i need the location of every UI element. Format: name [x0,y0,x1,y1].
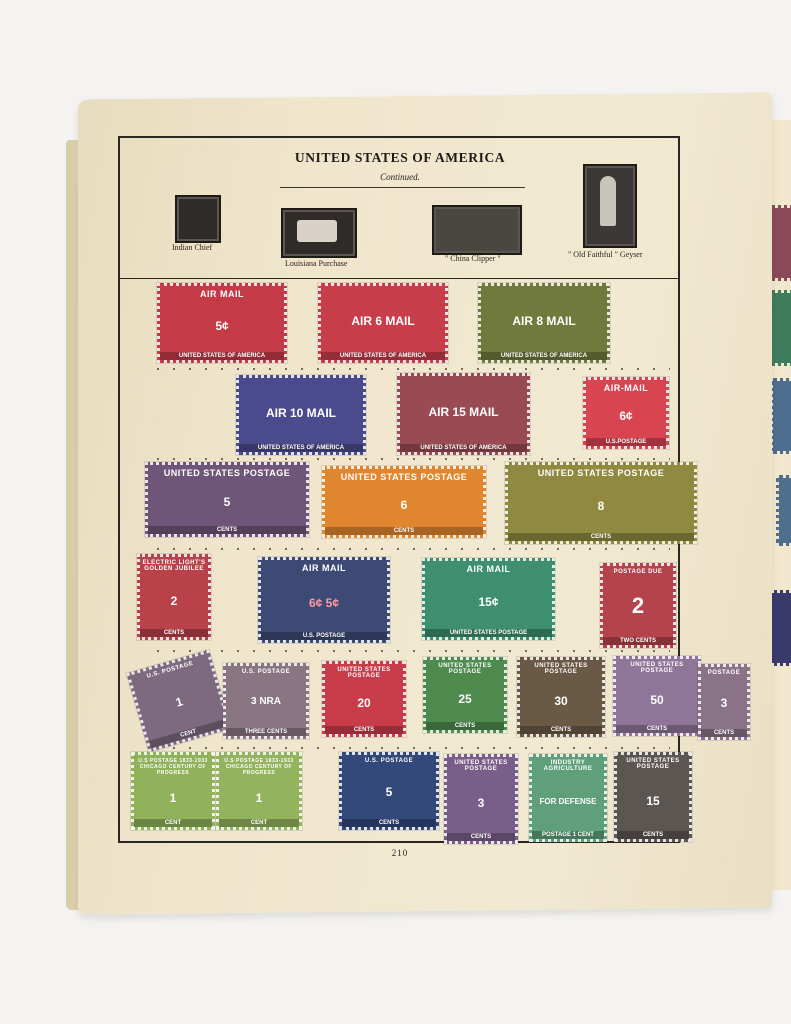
stamp-for-defense-1c: INDUSTRY AGRICULTURE FOR DEFENSE POSTAGE… [529,754,607,842]
stamp-value: 2 [171,594,178,608]
stamp-chicago-1c-left: U.S POSTAGE 1833-1933 CHICAGO CENTURY OF… [131,752,215,830]
stamp-label: AIR MAIL [200,286,244,299]
stamp-value: 30 [554,694,567,708]
stamp-label: POSTAGE DUE [614,566,663,575]
stamp-label: U.S POSTAGE 1833-1933 CHICAGO CENTURY OF… [134,755,212,776]
stamp-country: CENTS [447,833,515,841]
stamp-label: UNITED STATES POSTAGE [426,660,504,675]
stamp-label: U.S POSTAGE 1833-1933 CHICAGO CENTURY OF… [219,755,299,776]
stamp-airmail-6c-dc4: AIR-MAIL 6¢ U.S.POSTAGE [583,377,669,449]
stamp-country: UNITED STATES OF AMERICA [321,352,445,360]
stamp-country: CENTS [140,629,208,637]
stamp-country: CENTS [701,729,747,737]
stamp-value: 20 [357,696,370,710]
stamp-value: AIR 8 MAIL [512,314,575,328]
stamp-label: UNITED STATES POSTAGE [164,465,291,478]
stamp-country: CENT [134,819,212,827]
stamp-label: AIR MAIL [467,561,511,574]
indian-chief-illustration [175,195,221,243]
stamp-country: UNITED STATES OF AMERICA [239,444,363,452]
stamp-facing-4 [776,475,791,546]
indian-chief-caption: Indian Chief [172,243,212,252]
header-divider [118,278,680,279]
stamp-arlington-50c: UNITED STATES POSTAGE 50 CENTS [613,656,701,736]
guide-dots [150,458,670,460]
old-faithful-illustration [583,164,637,248]
stamp-nra-3c: U.S. POSTAGE 3 NRA THREE CENTS [223,663,309,739]
stamp-country: U.S.POSTAGE [586,438,666,446]
stamp-value: 1 [170,791,177,805]
stamp-winged-globe-5c: UNITED STATES POSTAGE 5 CENTS [145,462,309,537]
page-title: UNITED STATES OF AMERICA [270,150,530,166]
stamp-value: 6 [401,498,408,512]
stamp-bison-30c: UNITED STATES POSTAGE 30 CENTS [517,657,605,737]
stamp-label: UNITED STATES POSTAGE [341,469,468,482]
stamp-value: AIR 6 MAIL [351,314,414,328]
stamp-postage-due-2c: POSTAGE DUE 2 TWO CENTS [600,563,676,648]
guide-dots [150,650,670,652]
stamp-chicago-1c-right: U.S POSTAGE 1833-1933 CHICAGO CENTURY OF… [216,752,302,830]
stamp-label: UNITED STATES POSTAGE [447,757,515,772]
stamp-country: U.S. POSTAGE [261,632,387,640]
page-subtitle: Continued. [270,172,530,182]
stamp-label: UNITED STATES POSTAGE [520,660,602,675]
guide-dots [150,747,670,749]
stamp-niagara-25c: UNITED STATES POSTAGE 25 CENTS [423,657,507,733]
stamp-airmail-6c: AIR 6 MAIL UNITED STATES OF AMERICA [318,283,448,363]
china-clipper-illustration [432,205,522,255]
stamp-airmail-eagle-6c: AIR MAIL 6¢ 5¢ U.S. POSTAGE [258,557,390,643]
stamp-country: CENTS [520,726,602,734]
stamp-value: 50 [650,693,663,707]
stamp-label: UNITED STATES POSTAGE [538,465,665,478]
stamp-country: CENTS [148,526,306,534]
stamp-facing-3 [770,378,791,454]
stamp-label: U.S. POSTAGE [365,755,413,764]
stamp-liberty-15c: UNITED STATES POSTAGE 15 CENTS [614,752,692,842]
stamp-airmail-15c: AIR 15 MAIL UNITED STATES OF AMERICA [397,373,530,455]
stamp-country: CENTS [325,527,483,535]
stamp-value: 3 [478,796,485,810]
stamp-value: 1 [256,791,263,805]
stamp-label: POSTAGE [708,667,740,676]
old-faithful-caption: " Old Faithful " Geyser [568,250,643,259]
stamp-country: CENTS [508,533,694,541]
stamp-value: 8 [598,499,605,513]
stamp-value: 5¢ [215,319,228,333]
stamp-country: CENTS [617,831,689,839]
stamp-value: 15¢ [478,595,498,609]
stamp-country: UNITED STATES OF AMERICA [400,444,527,452]
geyser-icon [600,176,616,226]
stamp-country: CENTS [616,725,698,733]
stamp-value: 15 [646,794,659,808]
stamp-country: POSTAGE 1 CENT [532,831,604,839]
stamp-value: 6¢ 5¢ [309,596,339,610]
stamp-value: 5 [386,785,393,799]
stamp-country: CENTS [325,726,403,734]
louisiana-purchase-illustration [281,208,357,258]
stamp-label: UNITED STATES POSTAGE [616,659,698,674]
stamp-airmail-8c: AIR 8 MAIL UNITED STATES OF AMERICA [478,283,610,363]
stamp-country: CENT [219,819,299,827]
stamp-label: INDUSTRY AGRICULTURE [532,757,604,772]
stamp-panama-pacific-5c: U.S. POSTAGE 5 CENTS [339,752,439,830]
stamp-value: AIR 10 MAIL [266,406,336,420]
stamp-value: 25 [458,692,471,706]
stamp-country: TWO CENTS [603,637,673,645]
page-number: 210 [380,848,420,858]
stamp-airmail-5c: AIR MAIL 5¢ UNITED STATES OF AMERICA [157,283,287,363]
title-rule [280,187,525,188]
stamp-value: 2 [632,593,644,619]
stamp-country: UNITED STATES POSTAGE [425,629,552,637]
stamp-value: 3 [721,696,728,710]
louisiana-purchase-caption: Louisiana Purchase [285,259,347,268]
stamp-airmail-10c: AIR 10 MAIL UNITED STATES OF AMERICA [236,375,366,455]
stamp-value: 3 NRA [251,696,281,707]
stamp-value: 1 [174,694,184,709]
stamp-cabin-3c: POSTAGE 3 CENTS [698,664,750,740]
stamp-country: CENTS [426,722,504,730]
guide-dots [150,548,670,550]
stamp-winged-globe-6c: UNITED STATES POSTAGE 6 CENTS [322,466,486,538]
stamp-electric-light-2c: ELECTRIC LIGHT'S GOLDEN JUBILEE 2 CENTS [137,554,211,640]
stamp-country: UNITED STATES OF AMERICA [160,352,284,360]
stamp-label: UNITED STATES POSTAGE [325,664,403,679]
stamp-airmail-15c-nyc: AIR MAIL 15¢ UNITED STATES POSTAGE [422,558,555,640]
stamp-country: CENTS [342,819,436,827]
stamp-label: AIR-MAIL [604,380,649,393]
stamp-label: U.S. POSTAGE [242,666,290,675]
stamp-value: FOR DEFENSE [540,797,597,806]
stamp-label: UNITED STATES POSTAGE [617,755,689,770]
stamp-value: 5 [224,495,231,509]
stamp-value: AIR 15 MAIL [428,405,498,419]
stamp-label: ELECTRIC LIGHT'S GOLDEN JUBILEE [140,557,208,572]
stamp-country: THREE CENTS [226,728,306,736]
stamp-3c-purple: UNITED STATES POSTAGE 3 CENTS [444,754,518,844]
stamp-capitol-20c: UNITED STATES POSTAGE 20 CENTS [322,661,406,737]
stamp-value: 6¢ [619,409,632,423]
map-icon [297,220,337,242]
stamp-country: UNITED STATES OF AMERICA [481,352,607,360]
stamp-winged-globe-8c: UNITED STATES POSTAGE 8 CENTS [505,462,697,544]
guide-dots [150,368,670,370]
china-clipper-caption: " China Clipper " [445,254,501,263]
stamp-label: AIR MAIL [302,560,346,573]
